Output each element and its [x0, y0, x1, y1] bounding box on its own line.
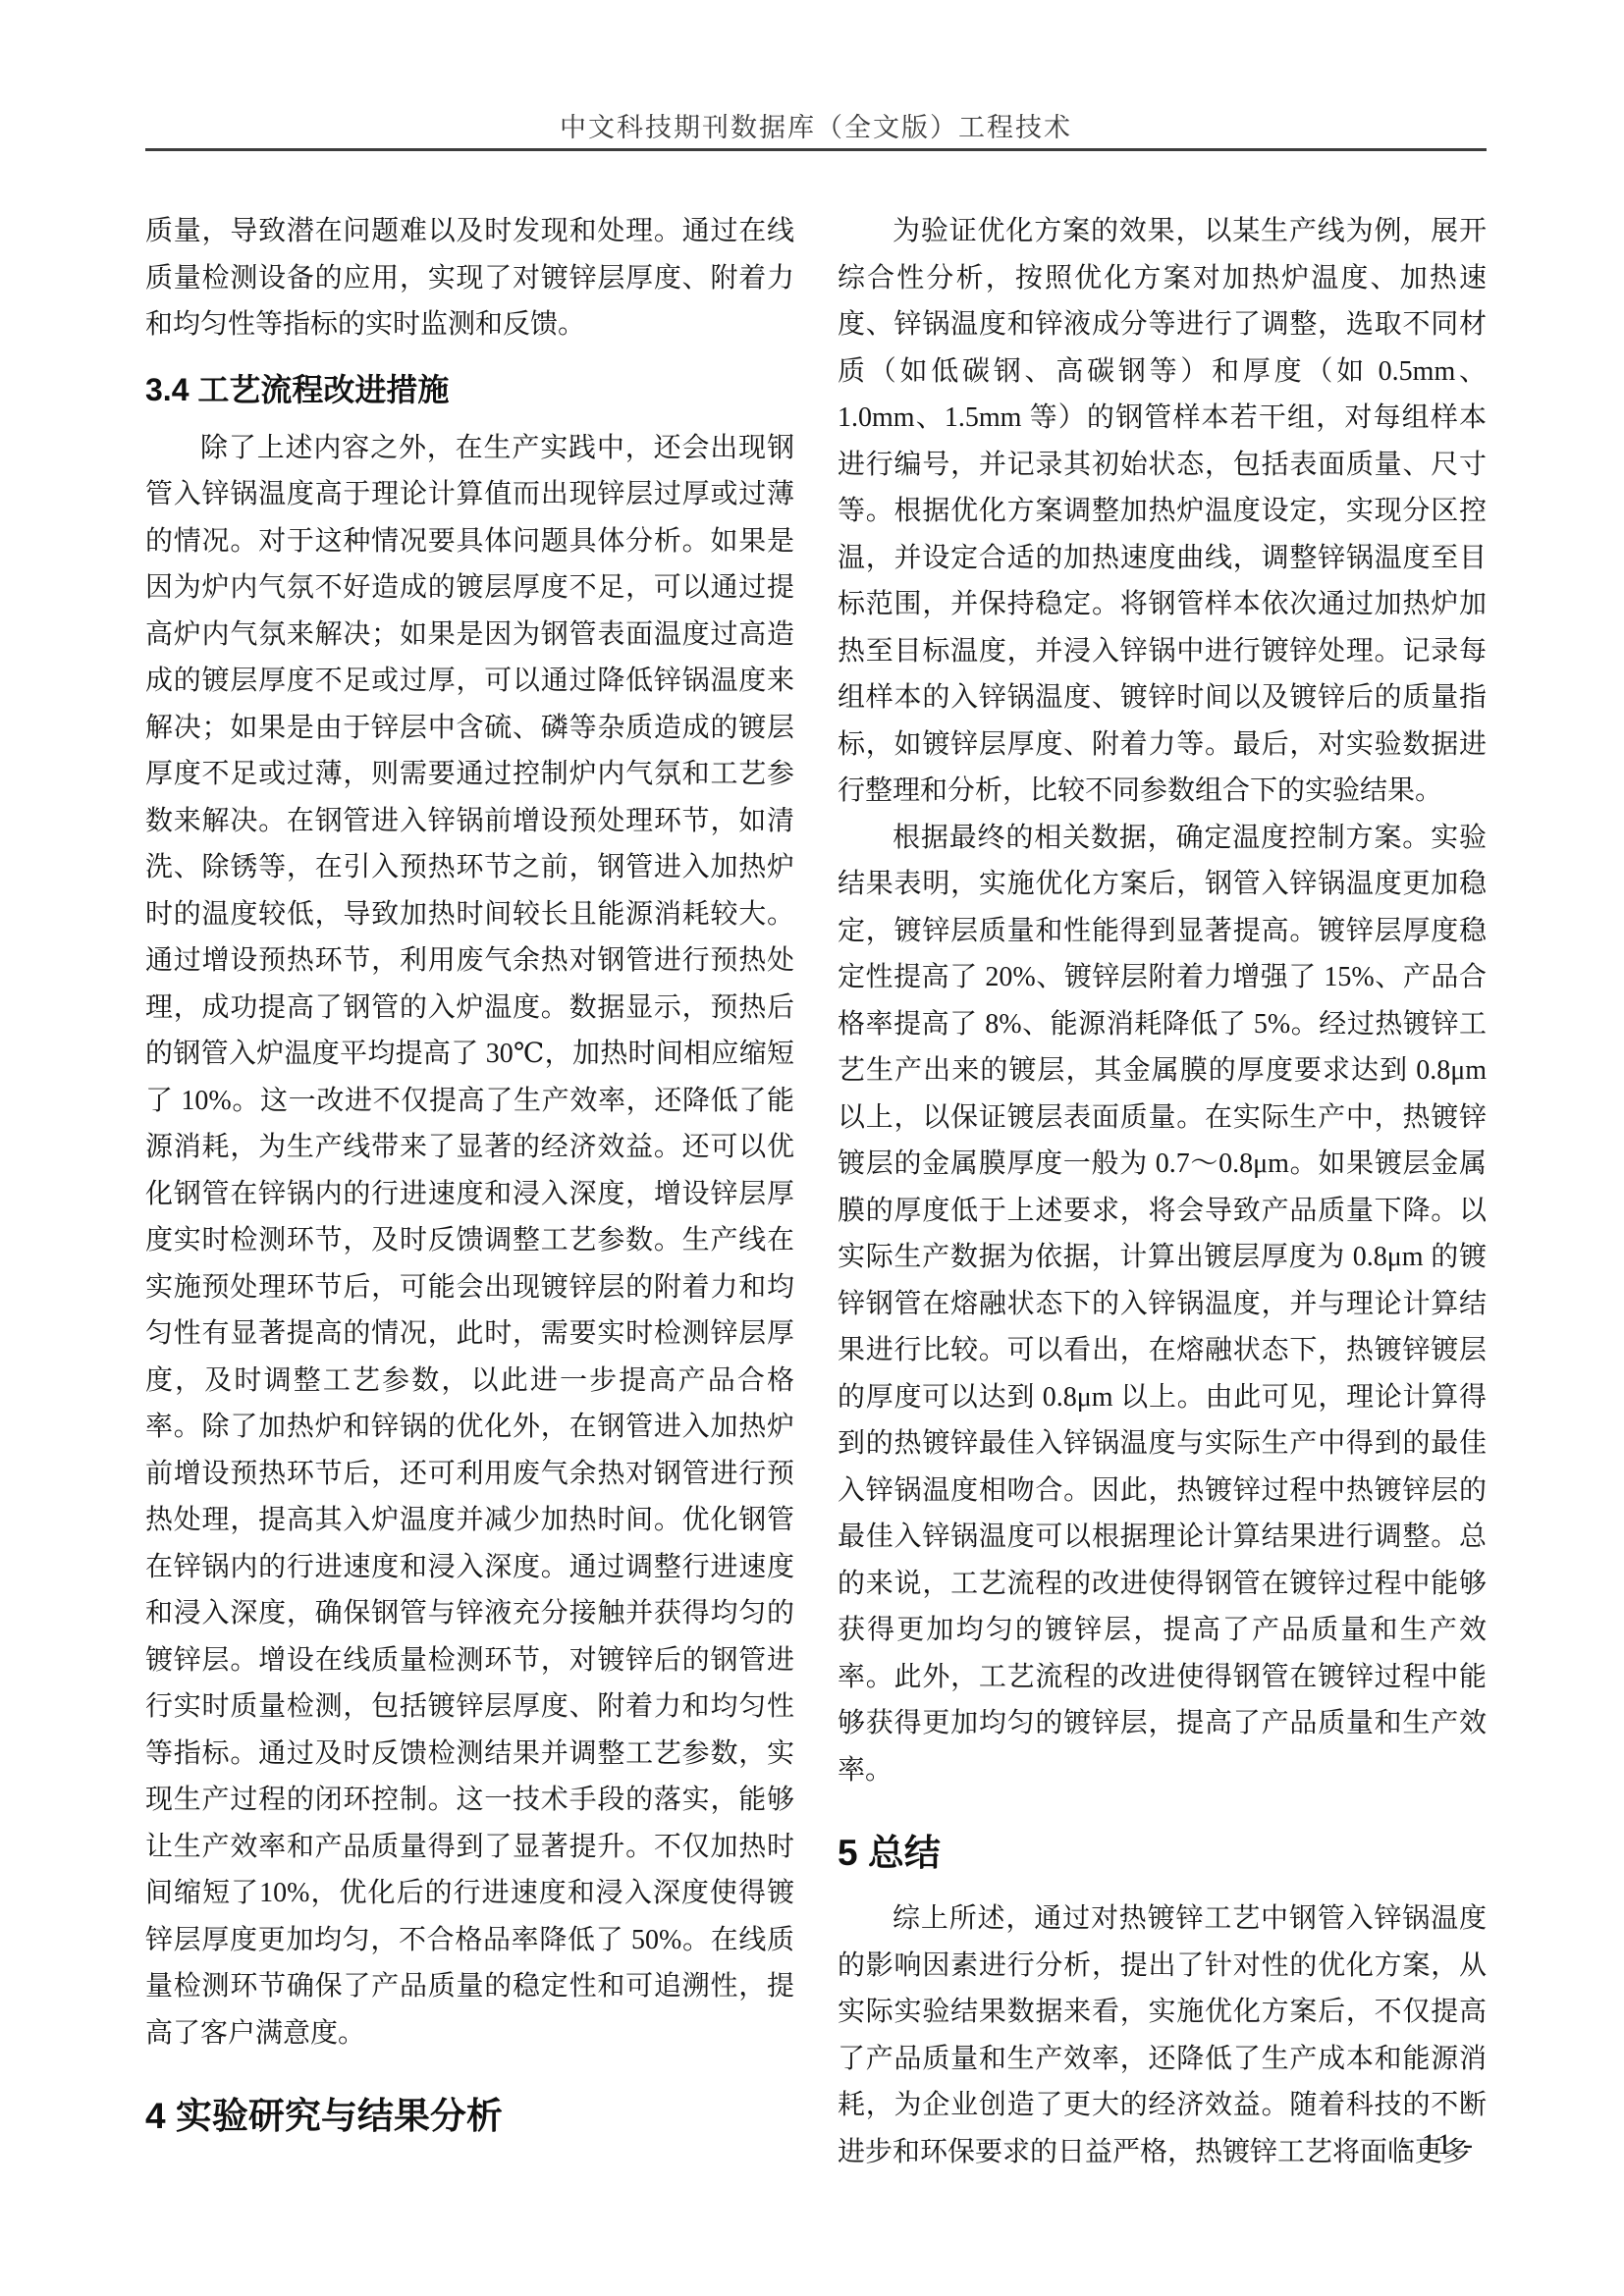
- paragraph-continuation: 质量，导致潜在问题难以及时发现和处理。通过在线质量检测设备的应用，实现了对镀锌层…: [145, 208, 794, 348]
- paragraph: 综上所述，通过对热镀锌工艺中钢管入锌锅温度的影响因素进行分析，提出了针对性的优化…: [838, 1896, 1487, 2175]
- header-divider: [145, 148, 1487, 151]
- paragraph: 为验证优化方案的效果，以某生产线为例，展开综合性分析，按照优化方案对加热炉温度、…: [838, 208, 1487, 815]
- section-heading-3-4: 3.4 工艺流程改进措施: [145, 368, 794, 411]
- paragraph: 根据最终的相关数据，确定温度控制方案。实验结果表明，实施优化方案后，钢管入锌锅温…: [838, 815, 1487, 1794]
- article-body: 质量，导致潜在问题难以及时发现和处理。通过在线质量检测设备的应用，实现了对镀锌层…: [145, 208, 1487, 2175]
- document-page: 中文科技期刊数据库（全文版）工程技术 质量，导致潜在问题难以及时发现和处理。通过…: [0, 0, 1624, 2296]
- paragraph: 除了上述内容之外，在生产实践中，还会出现钢管入锌锅温度高于理论计算值而出现锌层过…: [145, 425, 794, 2057]
- left-column: 质量，导致潜在问题难以及时发现和处理。通过在线质量检测设备的应用，实现了对镀锌层…: [145, 208, 794, 2175]
- section-heading-5: 5 总结: [838, 1829, 1487, 1878]
- journal-header: 中文科技期刊数据库（全文版）工程技术: [145, 106, 1487, 144]
- right-column: 为验证优化方案的效果，以某生产线为例，展开综合性分析，按照优化方案对加热炉温度、…: [838, 208, 1487, 2175]
- section-heading-4: 4 实验研究与结果分析: [145, 2092, 794, 2141]
- page-number: - 11 -: [1400, 2128, 1475, 2162]
